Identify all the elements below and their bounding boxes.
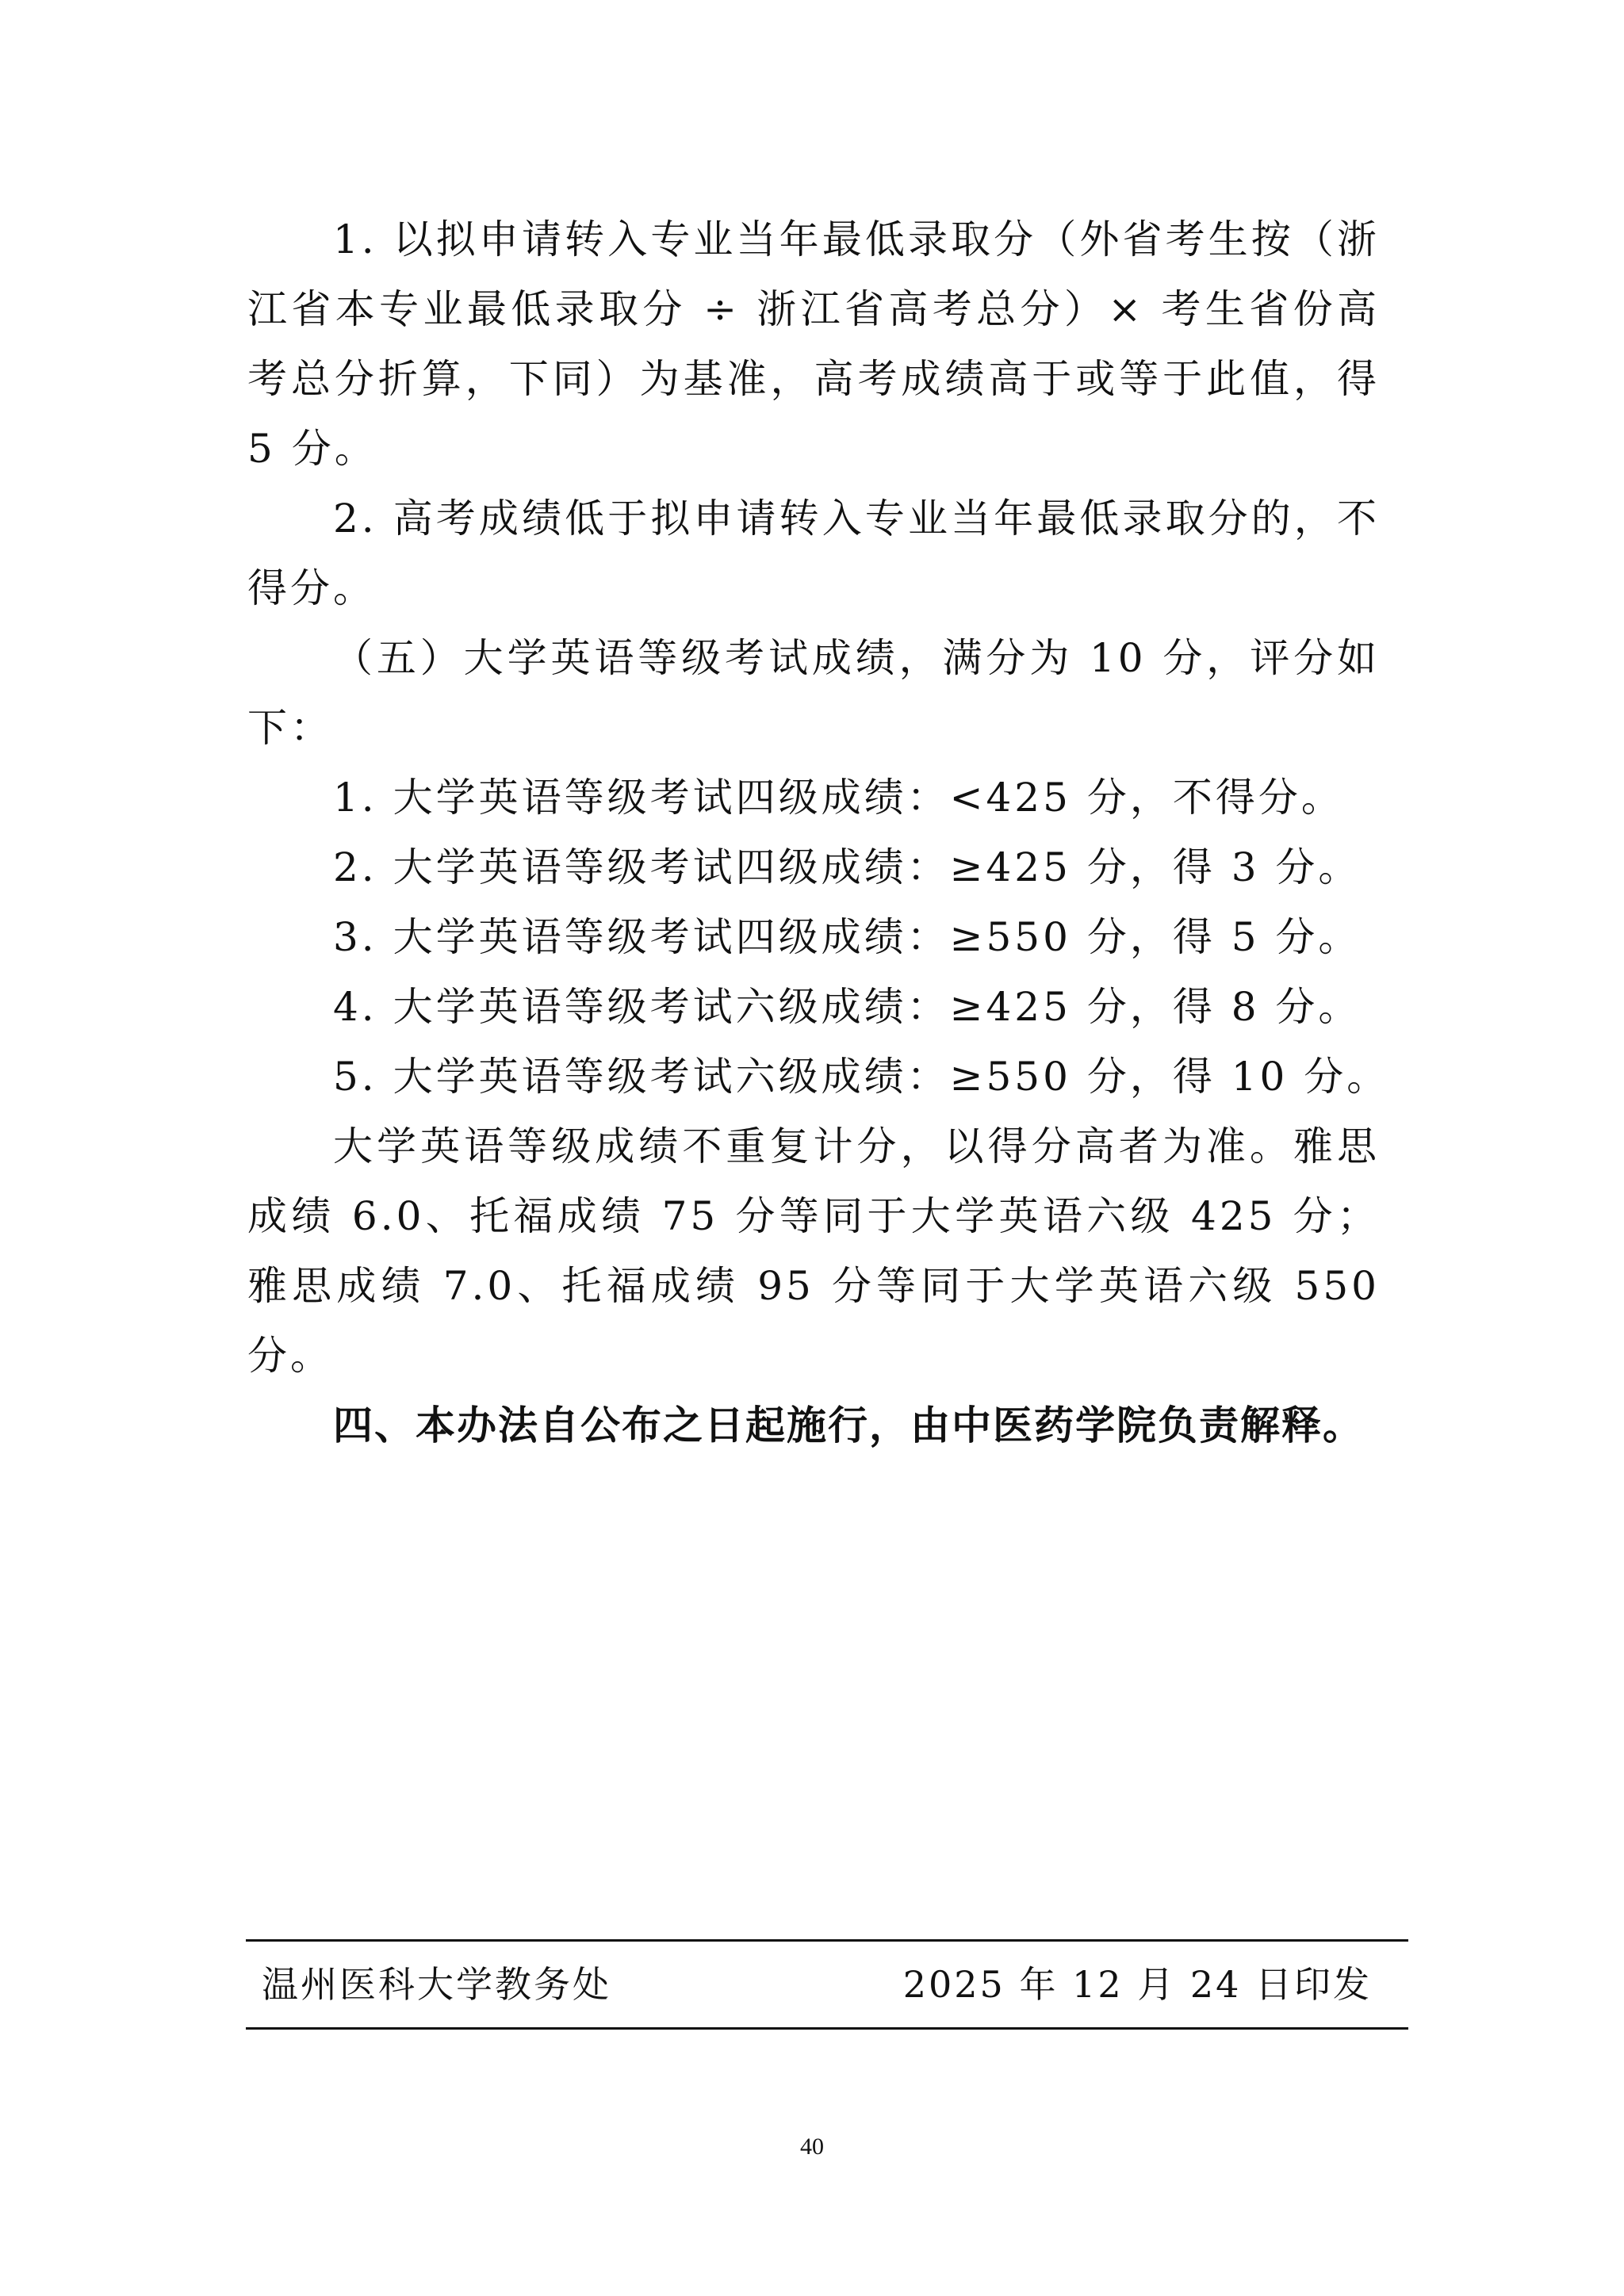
document-body: 1. 以拟申请转入专业当年最低录取分（外省考生按（浙江省本专业最低录取分 ÷ 浙… [247,205,1380,1460]
issuance-footer: 温州医科大学教务处 2025 年 12 月 24 日印发 [262,1958,1372,2011]
english-score-item: 3. 大学英语等级考试四级成绩：≥550 分，得 5 分。 [247,902,1380,972]
page-number: 40 [0,2131,1624,2163]
issuer-name: 温州医科大学教务处 [262,1958,611,2011]
issue-date: 2025 年 12 月 24 日印发 [903,1958,1372,2011]
paragraph-score-criterion-1: 1. 以拟申请转入专业当年最低录取分（外省考生按（浙江省本专业最低录取分 ÷ 浙… [247,205,1380,484]
english-score-item: 5. 大学英语等级考试六级成绩：≥550 分，得 10 分。 [247,1042,1380,1112]
footer-rule-top [246,1939,1408,1942]
document-page: 1. 以拟申请转入专业当年最低录取分（外省考生按（浙江省本专业最低录取分 ÷ 浙… [0,0,1624,2296]
english-score-item: 4. 大学英语等级考试六级成绩：≥425 分，得 8 分。 [247,972,1380,1042]
english-score-item: 2. 大学英语等级考试四级成绩：≥425 分，得 3 分。 [247,832,1380,902]
article-4-effective-clause: 四、本办法自公布之日起施行，由中医药学院负责解释。 [247,1391,1380,1460]
section-heading-english-exam: （五）大学英语等级考试成绩，满分为 10 分，评分如下： [247,623,1380,763]
paragraph-equivalence-note: 大学英语等级成绩不重复计分，以得分高者为准。雅思成绩 6.0、托福成绩 75 分… [247,1112,1380,1391]
english-score-item: 1. 大学英语等级考试四级成绩：<425 分，不得分。 [247,763,1380,832]
paragraph-score-criterion-2: 2. 高考成绩低于拟申请转入专业当年最低录取分的，不得分。 [247,484,1380,623]
footer-rule-bottom [246,2027,1408,2030]
